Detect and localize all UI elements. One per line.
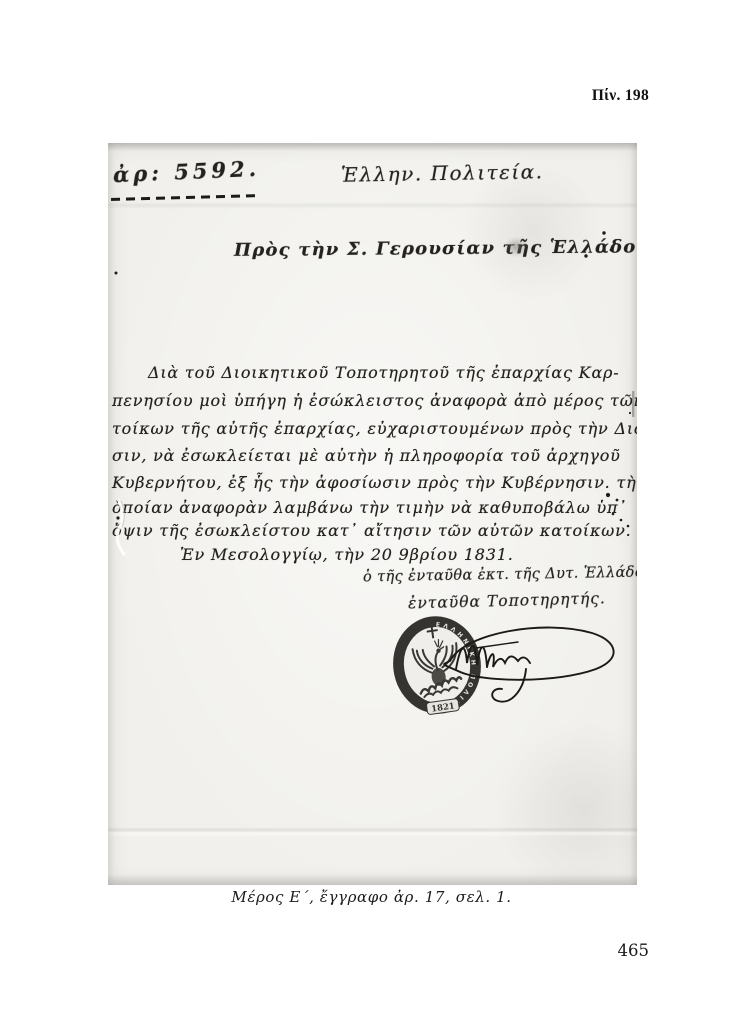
scanned-manuscript-photo: ἀρ: 5592. Ἑλλην. Πολιτεία. Πρὸς τὴν Σ. Γ… <box>108 143 637 885</box>
manuscript-date-line: Ἐν Μεσολογγίῳ, τὴν 20 9βρίου 1831. <box>180 545 514 564</box>
manuscript-body-line: πενησίου μοὶ ὑπήγη ἡ ἐσώκλειστος ἀναφορὰ… <box>112 391 637 410</box>
manuscript-body-line: σιν, νὰ ἐσωκλείεται μὲ αὐτὴν ἡ πληροφορί… <box>112 446 621 465</box>
page-number: 465 <box>618 941 650 960</box>
paper-smudge <box>504 237 528 257</box>
plate-number-label: Πίν. 198 <box>592 87 649 105</box>
manuscript-heading: Ἑλλην. Πολιτεία. <box>341 159 544 187</box>
manuscript-ref-number: ἀρ: 5592. <box>113 156 261 187</box>
manuscript-body-line: ὁποίαν ἀναφορὰν λαμβάνω τὴν τιμὴν νὰ καθ… <box>112 498 627 517</box>
manuscript-body-line: ὄψιν τῆς ἐσωκλείστου κατ᾽ αἴτησιν τῶν αὐ… <box>112 521 632 540</box>
manuscript-body-line: τοίκων τῆς αὐτῆς ἐπαρχίας, εὐχαριστουμέν… <box>112 419 637 438</box>
manuscript-body-line: Κυβερνήτου, ἐξ ἧς τὴν ἀφοσίωσιν πρὸς τὴν… <box>112 473 637 492</box>
signature-flourish <box>426 603 632 718</box>
manuscript-address-line: Πρὸς τὴν Σ. Γερουσίαν τῆς Ἑλλάδος. <box>234 236 637 261</box>
ref-number-underline <box>111 194 261 201</box>
book-page: Πίν. 198 ἀρ: 5592. Ἑλλην. Πολιτεία. Πρὸς… <box>0 0 743 1027</box>
signature-flourish-icon <box>426 603 632 718</box>
manuscript-body-line: Διὰ τοῦ Διοικητικοῦ Τοποτηρητοῦ τῆς ἐπαρ… <box>148 363 619 382</box>
figure-caption: Μέρος Ε΄, ἔγγραφο ἀρ. 17, σελ. 1. <box>0 888 743 906</box>
signature-title-line-1: ὁ τῆς ἐνταῦθα ἐκτ. τῆς Δυτ. Ἑλλάδος <box>363 564 637 585</box>
